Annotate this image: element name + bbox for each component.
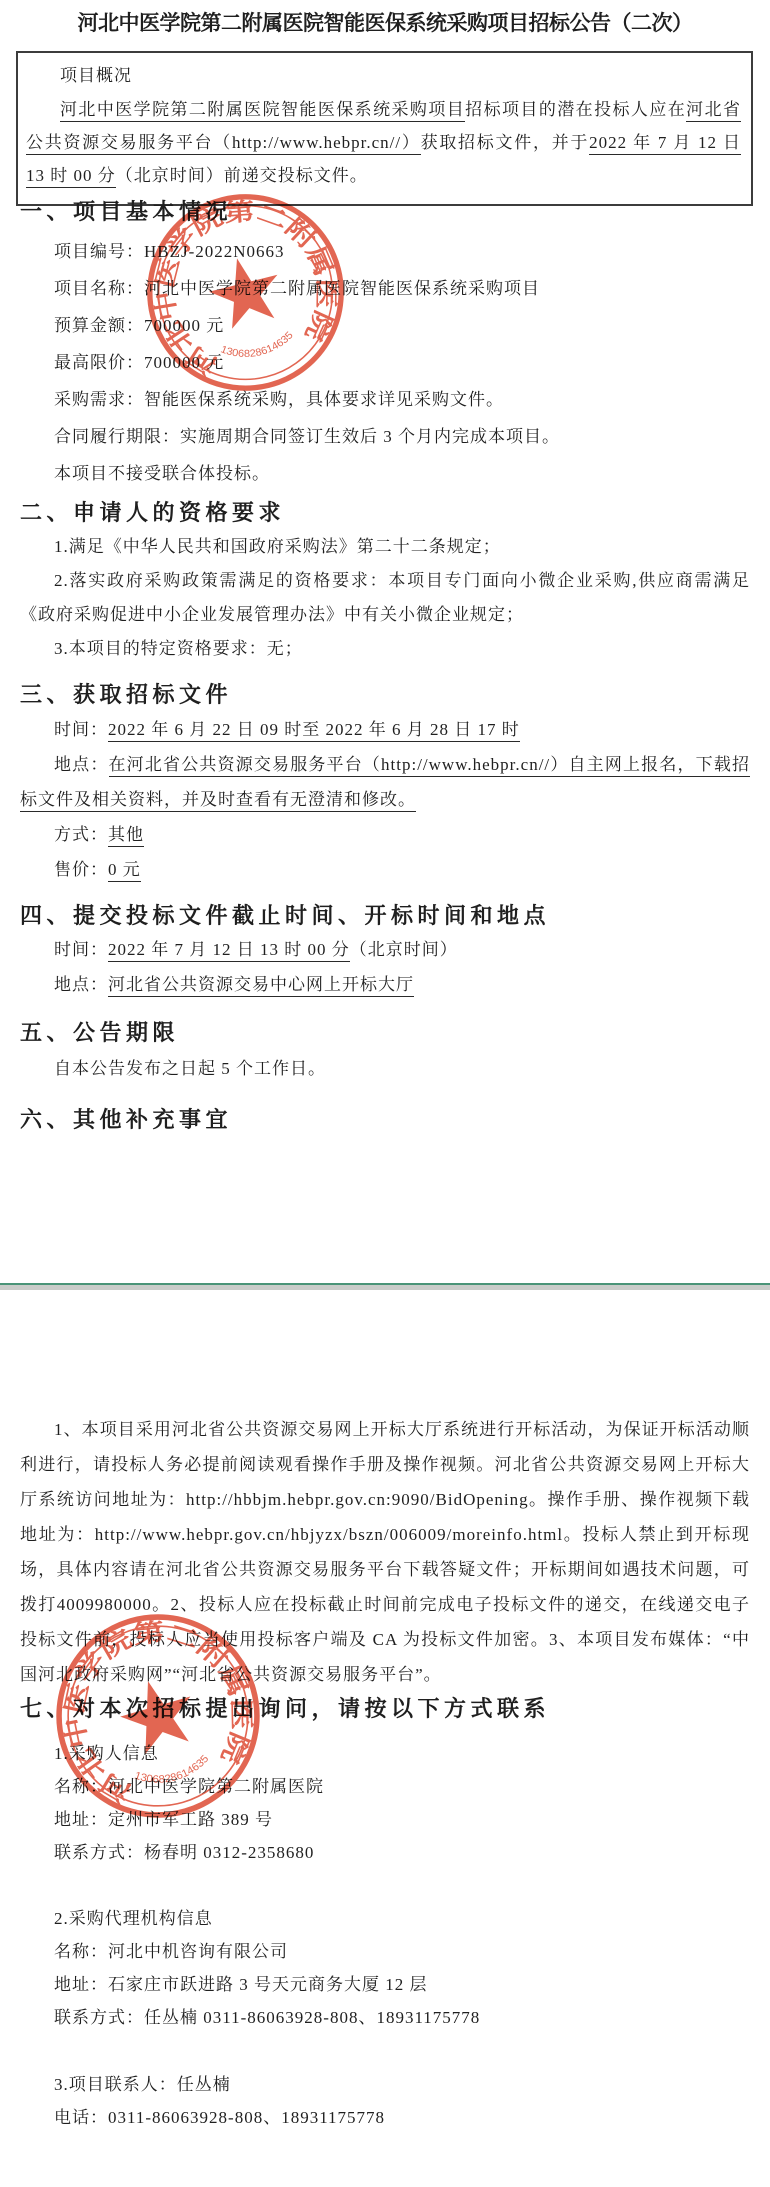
budget-line: 预算金额：700000 元: [20, 307, 750, 344]
text-segment: 方式：: [54, 825, 108, 844]
project-number-line: 项目编号：HBZJ-2022N0663: [20, 233, 750, 270]
section-2-items: 1.满足《中华人民共和国政府采购法》第二十二条规定； 2.落实政府采购政策需满足…: [20, 530, 750, 666]
section-heading-3: 三、获取招标文件: [20, 680, 232, 710]
agency-address-line: 地址：石家庄市跃进路 3 号天元商务大厦 12 层: [20, 1968, 750, 2001]
overview-label: 项目概况: [60, 61, 741, 91]
underlined-text-segment: 在河北省公共资源交易服务平台（http://www.hebpr.cn//）自主网…: [20, 755, 750, 812]
overview-box: 项目概况 河北中医学院第二附属医院智能医保系统采购项目招标项目的潜在投标人应在河…: [16, 51, 753, 206]
purchaser-address-line: 地址：定州市军工路 389 号: [20, 1803, 750, 1836]
no-consortium-line: 本项目不接受联合体投标。: [20, 455, 750, 492]
section-heading-6: 六、其他补充事宜: [20, 1105, 232, 1135]
announcement-period-line: 自本公告发布之日起 5 个工作日。: [20, 1050, 750, 1087]
section-heading-1: 一、项目基本情况: [20, 197, 232, 227]
underlined-text-segment: 河北中医学院第二附属医院智能医保系统采购项目: [60, 100, 465, 122]
underlined-text-segment: 0 元: [108, 860, 141, 882]
contract-term-line: 合同履行期限：实施周期合同签订生效后 3 个月内完成本项目。: [20, 418, 750, 455]
price-cap-line: 最高限价：700000 元: [20, 344, 750, 381]
text-segment: 招标项目的潜在投标人应在: [465, 100, 686, 119]
section-heading-4: 四、提交投标文件截止时间、开标时间和地点: [20, 901, 550, 931]
obtain-place-row: 地点：在河北省公共资源交易服务平台（http://www.hebpr.cn//）…: [20, 747, 750, 817]
text-segment: （北京时间）: [350, 940, 458, 959]
section-heading-7: 七、对本次招标提出询问，请按以下方式联系: [20, 1694, 550, 1724]
section-1-items: 项目编号：HBZJ-2022N0663 项目名称：河北中医学院第二附属医院智能医…: [20, 233, 750, 492]
agency-group-title: 2.采购代理机构信息: [20, 1902, 750, 1935]
deadline-time-row: 时间：2022 年 7 月 12 日 13 时 00 分（北京时间）: [20, 932, 750, 967]
purchaser-info-group: 1.采购人信息 名称：河北中医学院第二附属医院 地址：定州市军工路 389 号 …: [20, 1737, 750, 1869]
section-4-rows: 时间：2022 年 7 月 12 日 13 时 00 分（北京时间） 地点：河北…: [20, 932, 750, 1002]
purchaser-group-title: 1.采购人信息: [20, 1737, 750, 1770]
obtain-time-row: 时间：2022 年 6 月 22 日 09 时至 2022 年 6 月 28 日…: [20, 712, 750, 747]
qualification-item-1: 1.满足《中华人民共和国政府采购法》第二十二条规定；: [20, 530, 750, 564]
section-heading-5: 五、公告期限: [20, 1018, 179, 1048]
underlined-text-segment: 2022 年 6 月 22 日 09 时至 2022 年 6 月 28 日 17…: [108, 720, 520, 742]
project-contact-phone-line: 电话：0311-86063928-808、18931175778: [20, 2101, 750, 2134]
project-name-line: 项目名称：河北中医学院第二附属医院智能医保系统采购项目: [20, 270, 750, 307]
purchaser-name-line: 名称：河北中医学院第二附属医院: [20, 1770, 750, 1803]
text-segment: 时间：: [54, 940, 108, 959]
overview-paragraph: 河北中医学院第二附属医院智能医保系统采购项目招标项目的潜在投标人应在河北省公共资…: [26, 93, 741, 192]
page-title: 河北中医学院第二附属医院智能医保系统采购项目招标公告（二次）: [0, 8, 770, 38]
project-contact-group: 3.项目联系人：任丛楠 电话：0311-86063928-808、1893117…: [20, 2068, 750, 2134]
text-segment: 时间：: [54, 720, 108, 739]
purchaser-contact-line: 联系方式：杨春明 0312-2358680: [20, 1836, 750, 1869]
section-5-items: 自本公告发布之日起 5 个工作日。: [20, 1050, 750, 1087]
obtain-price-row: 售价：0 元: [20, 852, 750, 887]
agency-name-line: 名称：河北中机咨询有限公司: [20, 1935, 750, 1968]
document-page: 河北中医学院第二附属医院智能医保系统采购项目招标公告（二次） 项目概况 河北中医…: [0, 0, 770, 2187]
agency-info-group: 2.采购代理机构信息 名称：河北中机咨询有限公司 地址：石家庄市跃进路 3 号天…: [20, 1902, 750, 2034]
supplementary-notes-paragraph: 1、本项目采用河北省公共资源交易网上开标大厅系统进行开标活动，为保证开标活动顺利…: [20, 1412, 750, 1692]
qualification-item-2: 2.落实政府采购政策需满足的资格要求：本项目专门面向小微企业采购,供应商需满足《…: [20, 564, 750, 632]
agency-contact-line: 联系方式：任丛楠 0311-86063928-808、18931175778: [20, 2001, 750, 2034]
section-heading-2: 二、申请人的资格要求: [20, 498, 285, 528]
page-separator-band: [0, 1285, 770, 1290]
text-segment: 售价：: [54, 860, 108, 879]
underlined-text-segment: 其他: [108, 825, 144, 847]
obtain-method-row: 方式：其他: [20, 817, 750, 852]
text-segment: （北京时间）前递交投标文件。: [116, 166, 368, 185]
text-segment: 地点：: [54, 975, 108, 994]
project-contact-name-line: 3.项目联系人：任丛楠: [20, 2068, 750, 2101]
qualification-item-3: 3.本项目的特定资格要求：无；: [20, 632, 750, 666]
text-segment: 获取招标文件，并于: [421, 133, 590, 152]
section-3-rows: 时间：2022 年 6 月 22 日 09 时至 2022 年 6 月 28 日…: [20, 712, 750, 887]
procurement-demand-line: 采购需求：智能医保系统采购，具体要求详见采购文件。: [20, 381, 750, 418]
underlined-text-segment: 河北省公共资源交易中心网上开标大厅: [108, 975, 414, 997]
text-segment: 地点：: [54, 755, 109, 774]
opening-place-row: 地点：河北省公共资源交易中心网上开标大厅: [20, 967, 750, 1002]
underlined-text-segment: 2022 年 7 月 12 日 13 时 00 分: [108, 940, 350, 962]
